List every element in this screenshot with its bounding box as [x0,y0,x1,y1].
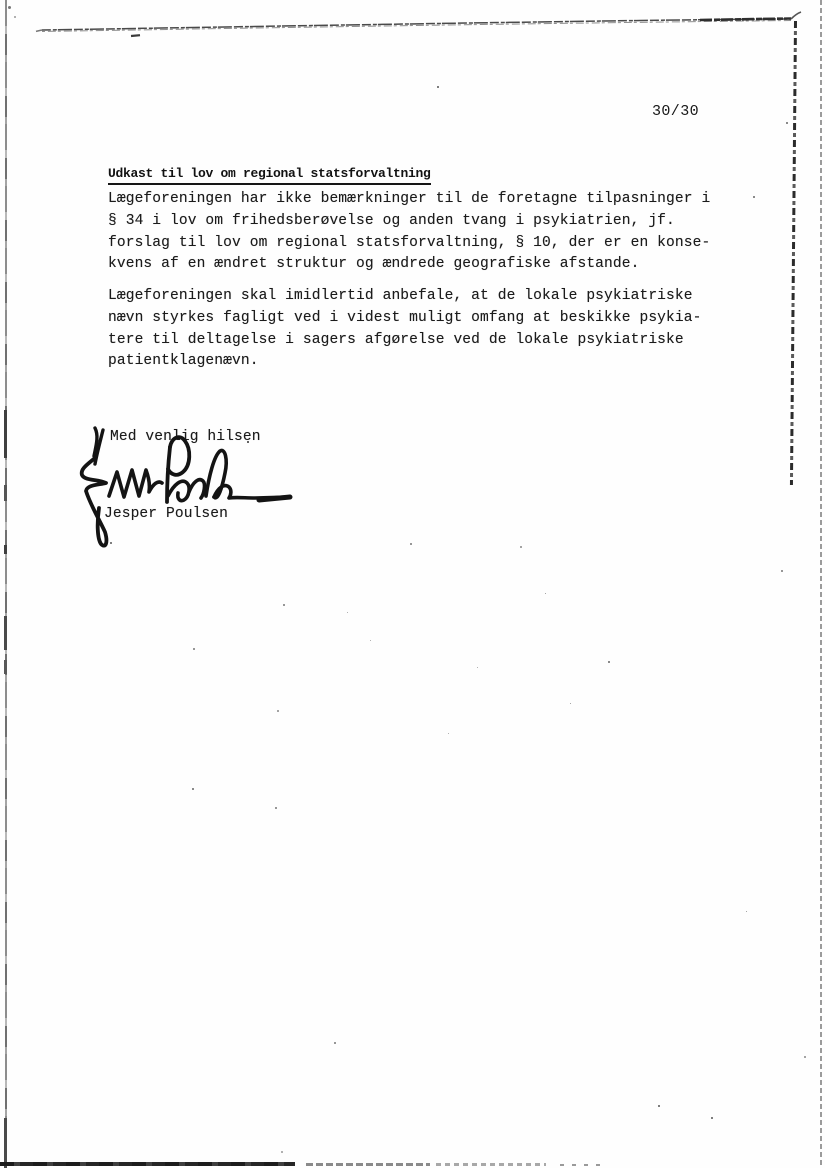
ink-speck [781,570,783,572]
ink-speck [370,640,371,641]
ink-speck [247,441,249,443]
ink-speck [283,604,285,606]
corner-hook [791,12,801,19]
ink-speck [334,1042,336,1044]
ink-speck [746,911,747,912]
scan-left-fold-dark-segment [4,660,7,674]
scan-left-fold-dark-segment [4,485,7,501]
letter-heading: Udkast til lov om regional statsforvaltn… [108,166,431,185]
ink-speck [711,1117,713,1119]
scan-bottom-bar [0,1162,295,1166]
scan-left-fold-dark-segment [4,545,7,554]
ink-speck [281,1151,283,1153]
scan-left-fold-dark-segment [4,1118,7,1168]
ink-speck [8,6,11,9]
ink-speck [192,788,194,790]
scan-top-edge-artifact [0,0,825,60]
ink-speck [570,703,571,704]
letter-paragraph-1: Lægeforeningen har ikke bemærkninger til… [108,189,748,276]
scan-left-fold-line [5,0,7,1168]
ink-speck [193,648,195,650]
ink-speck [753,196,755,198]
ink-speck [410,543,412,545]
ink-speck [448,733,449,734]
scan-bottom-bar-dashes [560,1164,606,1166]
ink-speck [275,807,277,809]
ink-speck [110,542,112,544]
top-scratch-left-fray [36,30,42,31]
ink-speck [658,1105,660,1107]
ink-speck [520,546,522,548]
signer-name: Jesper Poulsen [104,506,228,522]
ink-speck [786,122,788,124]
stray-dash-mark [131,35,140,36]
top-scratch-line [42,19,791,30]
ink-speck [347,612,348,613]
scan-bottom-bar-dashes [306,1163,430,1166]
ink-speck [477,667,478,668]
scan-left-fold-dark-segment [4,616,7,650]
ink-speck [804,1056,806,1058]
scan-bottom-bar-dashes [436,1163,546,1166]
ink-speck [608,661,610,663]
scan-left-fold-dark-segment [4,410,7,458]
scan-right-crease-line [790,21,797,485]
top-scratch-dark-right [700,19,791,21]
ink-speck [545,593,546,594]
scan-right-edge-line [820,0,822,1168]
ink-speck [14,16,16,18]
letter-paragraph-2: Lægeforeningen skal imidlertid anbefale,… [108,286,748,373]
scanned-letter-page: 30/30 Udkast til lov om regional statsfo… [0,0,825,1168]
ink-speck [277,710,279,712]
top-scratch-fuzz [42,21,791,32]
letter-closing: Med venlig hilsen [110,429,261,445]
ink-speck [437,86,439,88]
page-number: 30/30 [652,103,699,120]
